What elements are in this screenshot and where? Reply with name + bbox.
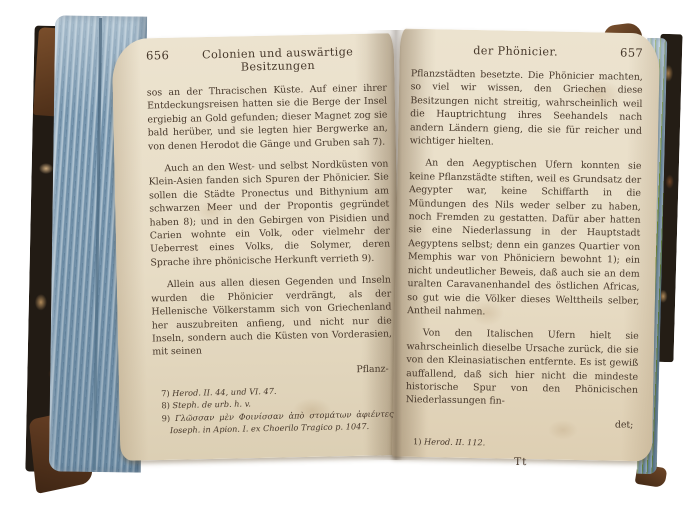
footnote-text: Herod. II. 112. xyxy=(424,436,485,447)
left-footnotes: 7) Herod. II. 44, und VI. 47. 8) Steph. … xyxy=(153,383,394,436)
footnote-marker: 9) xyxy=(162,413,171,423)
signature-mark: Tt xyxy=(405,454,637,470)
footnote-marker: 8) xyxy=(161,400,170,410)
left-page-text: 656 Colonien und auswärtige Besitzungen … xyxy=(146,44,394,438)
paragraph: Auch an den West- und selbst Nordküsten … xyxy=(148,158,390,270)
right-running-header: der Phönicier. 657 xyxy=(411,42,643,60)
right-page-number: 657 xyxy=(620,45,643,59)
paragraph: Von den Italischen Ufern hielt sie wahrs… xyxy=(406,326,639,410)
footnote-marker: 7) xyxy=(161,388,170,398)
paragraph: Pflanzstädten besetzte. Die Phönicier ma… xyxy=(410,67,643,151)
catchword-right: det; xyxy=(405,416,633,432)
right-footnotes: 1) Herod. II. 112. xyxy=(405,436,637,451)
footnote: 1) Herod. II. 112. xyxy=(405,436,637,451)
footnote: 9) Γλῶσσαν μὲν Φοινίσσαν ἀπὸ στομάτων ἀφ… xyxy=(154,408,394,436)
footnote-text: Steph. de urb. h. v. xyxy=(172,399,251,411)
right-running-title: der Phönicier. xyxy=(411,43,620,59)
left-running-header: 656 Colonien und auswärtige Besitzungen xyxy=(146,44,387,76)
left-running-title: Colonien und auswärtige Besitzungen xyxy=(169,45,386,76)
footnote-text: Γλῶσσαν μὲν Φοινίσσαν ἀπὸ στομάτων ἀφιέν… xyxy=(170,408,394,434)
open-book-photo: 656 Colonien und auswärtige Besitzungen … xyxy=(0,0,700,520)
paragraph: sos an der Thracischen Küste. Auf einer … xyxy=(147,82,388,154)
left-page-number: 656 xyxy=(146,48,169,62)
footnote-marker: 1) xyxy=(413,436,422,446)
paragraph: Allein aus allen diesen Gegenden und Ins… xyxy=(151,274,393,359)
paragraph: An den Aegyptischen Ufern konnten sie ke… xyxy=(407,157,641,321)
footnote-text: Herod. II. 44, und VI. 47. xyxy=(172,386,277,398)
right-page-text: der Phönicier. 657 Pflanzstädten besetzt… xyxy=(405,42,644,470)
catchword-left: Pflanz- xyxy=(153,363,389,380)
